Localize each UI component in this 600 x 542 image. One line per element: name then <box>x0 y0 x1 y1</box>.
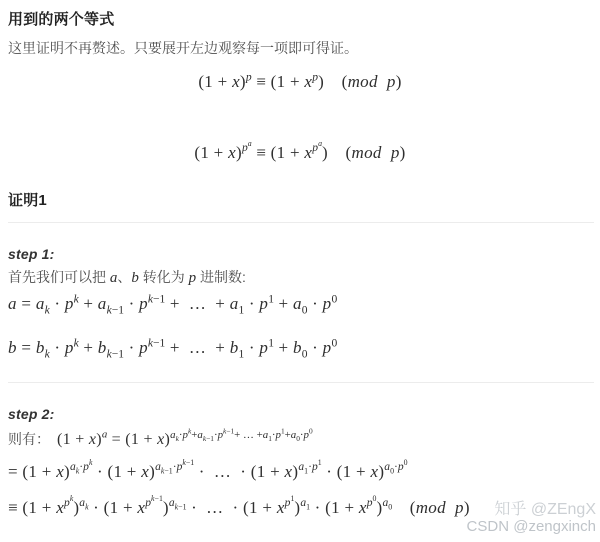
formula-identity-1: (1 + x)p ≡ (1 + xp) (mod p) <box>0 72 600 92</box>
step2-label: step 2: <box>8 406 55 422</box>
formula-a-base-p: a = ak · pk + ak−1 · pk−1 + … + a1 · p1 … <box>8 294 337 314</box>
article-page: 用到的两个等式 这里证明不再赘述。只要展开左边观察每一项即可得证。 (1 + x… <box>0 0 600 542</box>
section-heading-identities: 用到的两个等式 <box>8 8 114 29</box>
divider-middle <box>8 382 594 383</box>
step2-line1: 则有： (1 + x)a = (1 + x)ak·pk+ak−1·pk−1+ …… <box>8 429 313 449</box>
formula-congruence-result: ≡ (1 + xpk)ak · (1 + xpk−1)ak−1 · … · (1… <box>8 498 470 518</box>
divider-top <box>8 222 594 223</box>
step2-lead: 则有： <box>8 429 50 449</box>
step1-label: step 1: <box>8 246 55 262</box>
watermark: 知乎 @ZEngX CSDN @zengxinch <box>467 501 596 535</box>
intro-paragraph: 这里证明不再赘述。只要展开左边观察每一项即可得证。 <box>8 38 358 58</box>
formula-expansion-product: = (1 + x)ak·pk · (1 + x)ak−1·pk−1 · … · … <box>8 462 408 482</box>
watermark-csdn: CSDN @zengxinch <box>467 518 596 535</box>
section-heading-proof1: 证明1 <box>8 189 47 210</box>
formula-b-base-p: b = bk · pk + bk−1 · pk−1 + … + b1 · p1 … <box>8 338 337 358</box>
watermark-zhihu: 知乎 @ZEngX <box>467 501 596 518</box>
formula-identity-2: (1 + x)pa ≡ (1 + xpa) (mod p) <box>0 143 600 163</box>
formula-expansion-exponent: (1 + x)a = (1 + x)ak·pk+ak−1·pk−1+ … +a1… <box>57 431 313 449</box>
step1-text: 首先我们可以把 a、b 转化为 p 进制数: <box>8 267 246 287</box>
